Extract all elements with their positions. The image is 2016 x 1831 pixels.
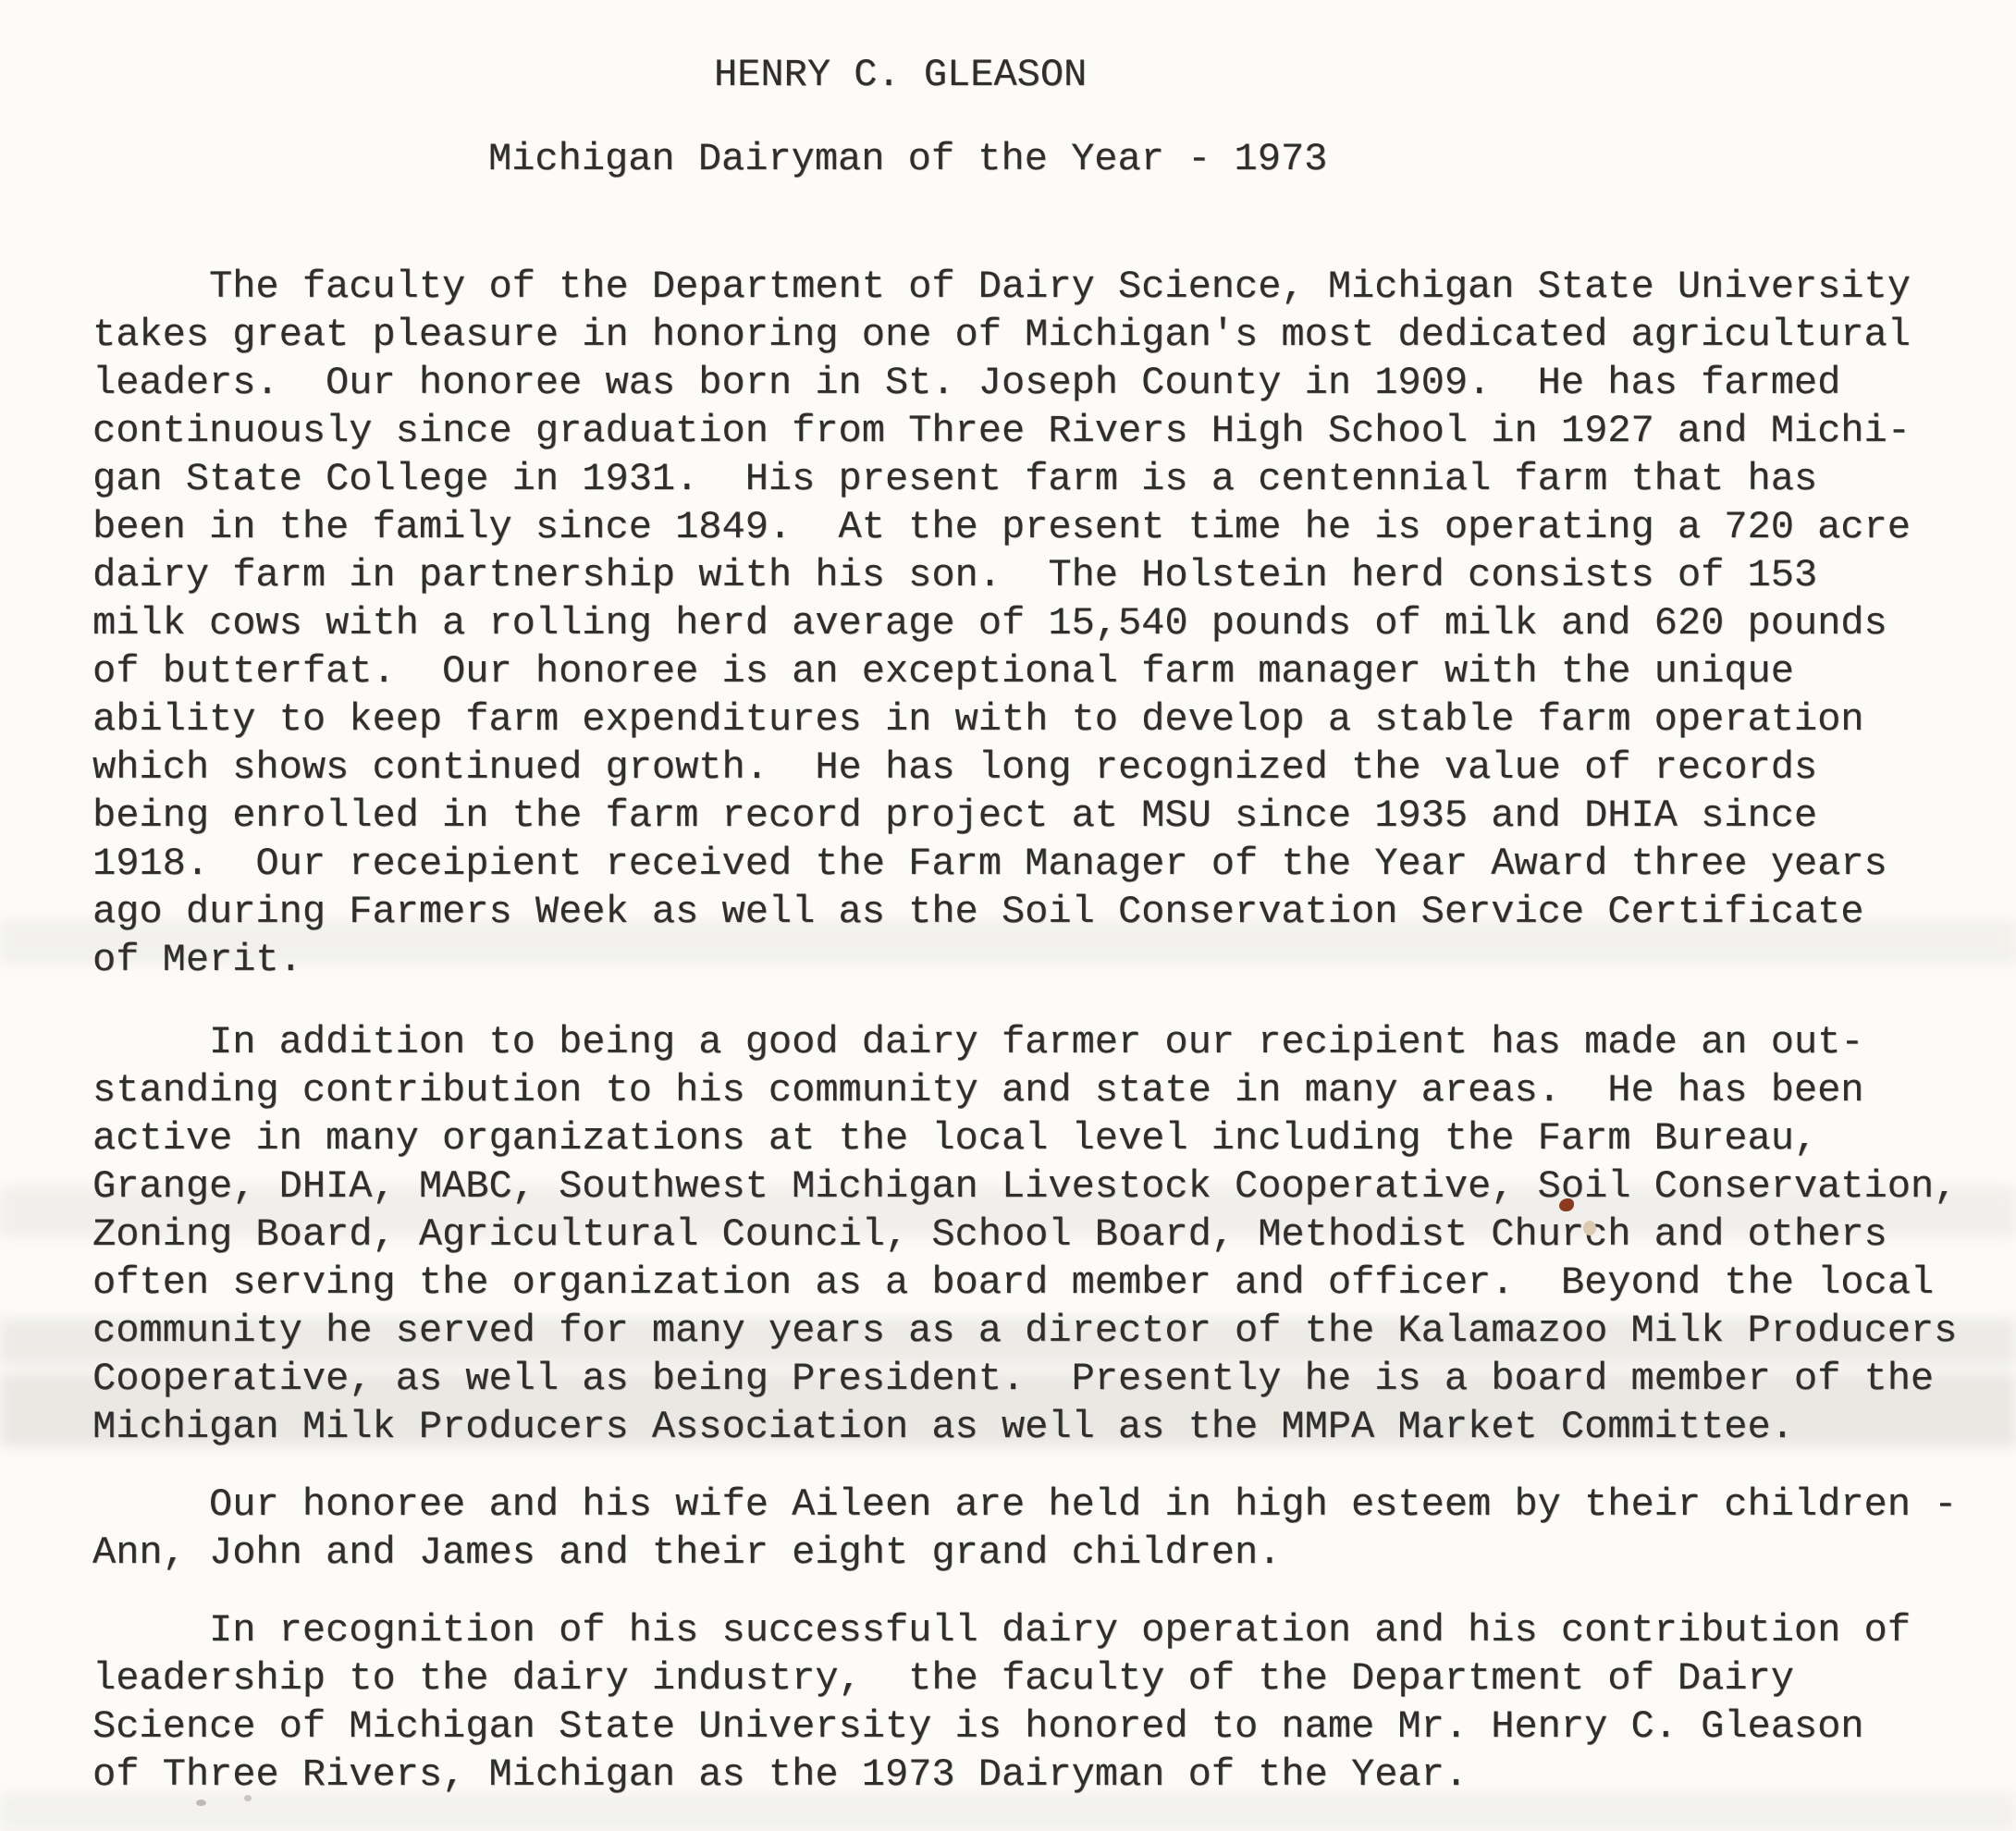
scan-artifact-band (0, 1793, 2016, 1831)
paragraph-biography: The faculty of the Department of Dairy S… (92, 263, 1911, 984)
document-subtitle: Michigan Dairyman of the Year - 1973 (488, 135, 1327, 183)
scan-smudge (196, 1800, 206, 1806)
paragraph-community-contributions: In addition to being a good dairy farmer… (92, 1018, 1957, 1451)
scanned-document-page: HENRY C. GLEASON Michigan Dairyman of th… (0, 0, 2016, 1831)
paragraph-recognition: In recognition of his successfull dairy … (92, 1606, 1911, 1799)
document-title: HENRY C. GLEASON (714, 51, 1087, 99)
paragraph-family: Our honoree and his wife Aileen are held… (92, 1481, 1957, 1577)
